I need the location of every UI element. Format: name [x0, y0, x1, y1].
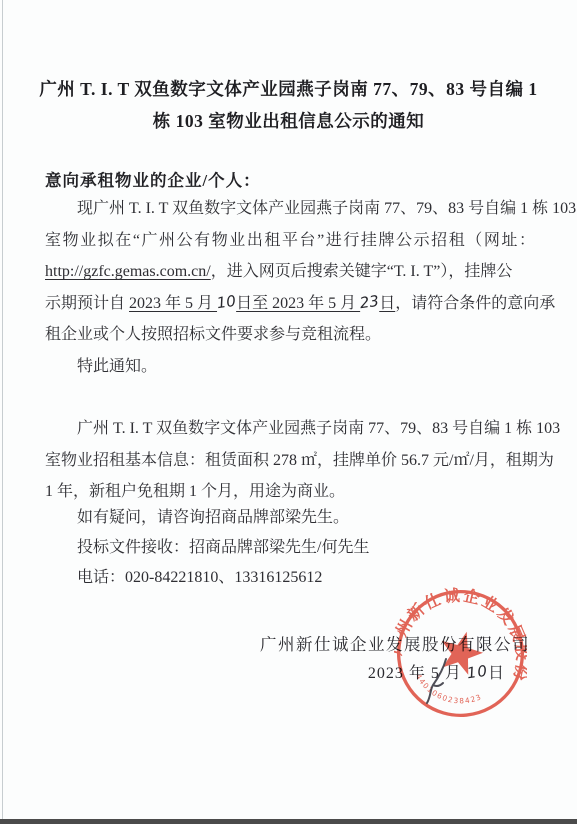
paragraph-line: 室物业拟在“广州公有物业出租平台”进行挂牌公示招租（网址：: [45, 225, 535, 257]
paragraph-line: 现广州 T. I. T 双鱼数字文体产业园燕子岗南 77、79、83 号自编 1…: [45, 193, 535, 225]
handwritten-day-start: 10: [215, 285, 238, 319]
listing-period-mid: 日至 2023 年 5 月: [236, 295, 360, 312]
scan-edge-left: [2, 0, 3, 824]
paragraph-line: 租企业或个人按照招标文件要求参与竞租流程。: [45, 319, 535, 351]
document-title-line1: 广州 T. I. T 双鱼数字文体产业园燕子岗南 77、79、83 号自编 1: [38, 73, 539, 105]
handwritten-day-end: 23: [358, 285, 381, 319]
contact-bid-receiver-line: 投标文件接收：招商品牌部梁先生/何先生: [45, 533, 535, 563]
scanned-notice-page: 广州 T. I. T 双鱼数字文体产业园燕子岗南 77、79、83 号自编 1 …: [0, 0, 577, 824]
signature-date-printed: 2023 年 5 月: [368, 665, 467, 682]
paragraph-basic-info: 广州 T. I. T 双鱼数字文体产业园燕子岗南 77、79、83 号自编 1 …: [45, 413, 535, 508]
paragraph-line: 示期预计自 2023 年 5 月 10日至 2023 年 5 月 23日，请符合…: [45, 288, 535, 320]
scan-edge-bottom: [0, 819, 577, 824]
document-title-line2: 栋 103 室物业出租信息公示的通知: [38, 105, 539, 137]
listing-period-day: 日: [379, 295, 395, 312]
listing-start-date: 2023 年 5 月: [129, 295, 217, 312]
contact-phone-line: 电话：020-84221810、13316125612: [45, 563, 535, 593]
signature-date-day-suffix: 日: [488, 665, 505, 682]
paragraph-rental-announcement: 现广州 T. I. T 双鱼数字文体产业园燕子岗南 77、79、83 号自编 1…: [45, 193, 535, 382]
salutation-line: 意向承租物业的企业/个人：: [45, 167, 261, 191]
paragraph-line: http://gzfc.gemas.com.cn/，进入网页后搜索关键字“T. …: [45, 256, 535, 288]
paragraph-text: ，请符合条件的意向承: [395, 295, 555, 312]
paragraph-text: ，进入网页后搜索关键字“T. I. T”），挂牌公: [211, 263, 513, 280]
contact-question-line: 如有疑问，请咨询招商品牌部梁先生。: [45, 503, 535, 533]
signature-date: 2023 年 5 月 10日: [368, 660, 505, 683]
contact-block: 如有疑问，请咨询招商品牌部梁先生。 投标文件接收：招商品牌部梁先生/何先生 电话…: [45, 503, 535, 593]
listing-period: 2023 年 5 月 10日至 2023 年 5 月 23日: [129, 295, 395, 312]
notice-close-line: 特此通知。: [45, 351, 535, 383]
rental-platform-url: http://gzfc.gemas.com.cn/: [45, 263, 211, 280]
paragraph-text: 示期预计自: [45, 295, 129, 312]
handwritten-signature-day: 10: [466, 662, 489, 683]
signature-company-name: 广州新仕诚企业发展股份有限公司: [260, 631, 530, 655]
paragraph-line: 广州 T. I. T 双鱼数字文体产业园燕子岗南 77、79、83 号自编 1 …: [45, 413, 535, 445]
document-title: 广州 T. I. T 双鱼数字文体产业园燕子岗南 77、79、83 号自编 1 …: [38, 73, 539, 137]
paragraph-line: 室物业招租基本信息：租赁面积 278 ㎡，挂牌单价 56.7 元/㎡/月，租期为: [45, 445, 535, 477]
